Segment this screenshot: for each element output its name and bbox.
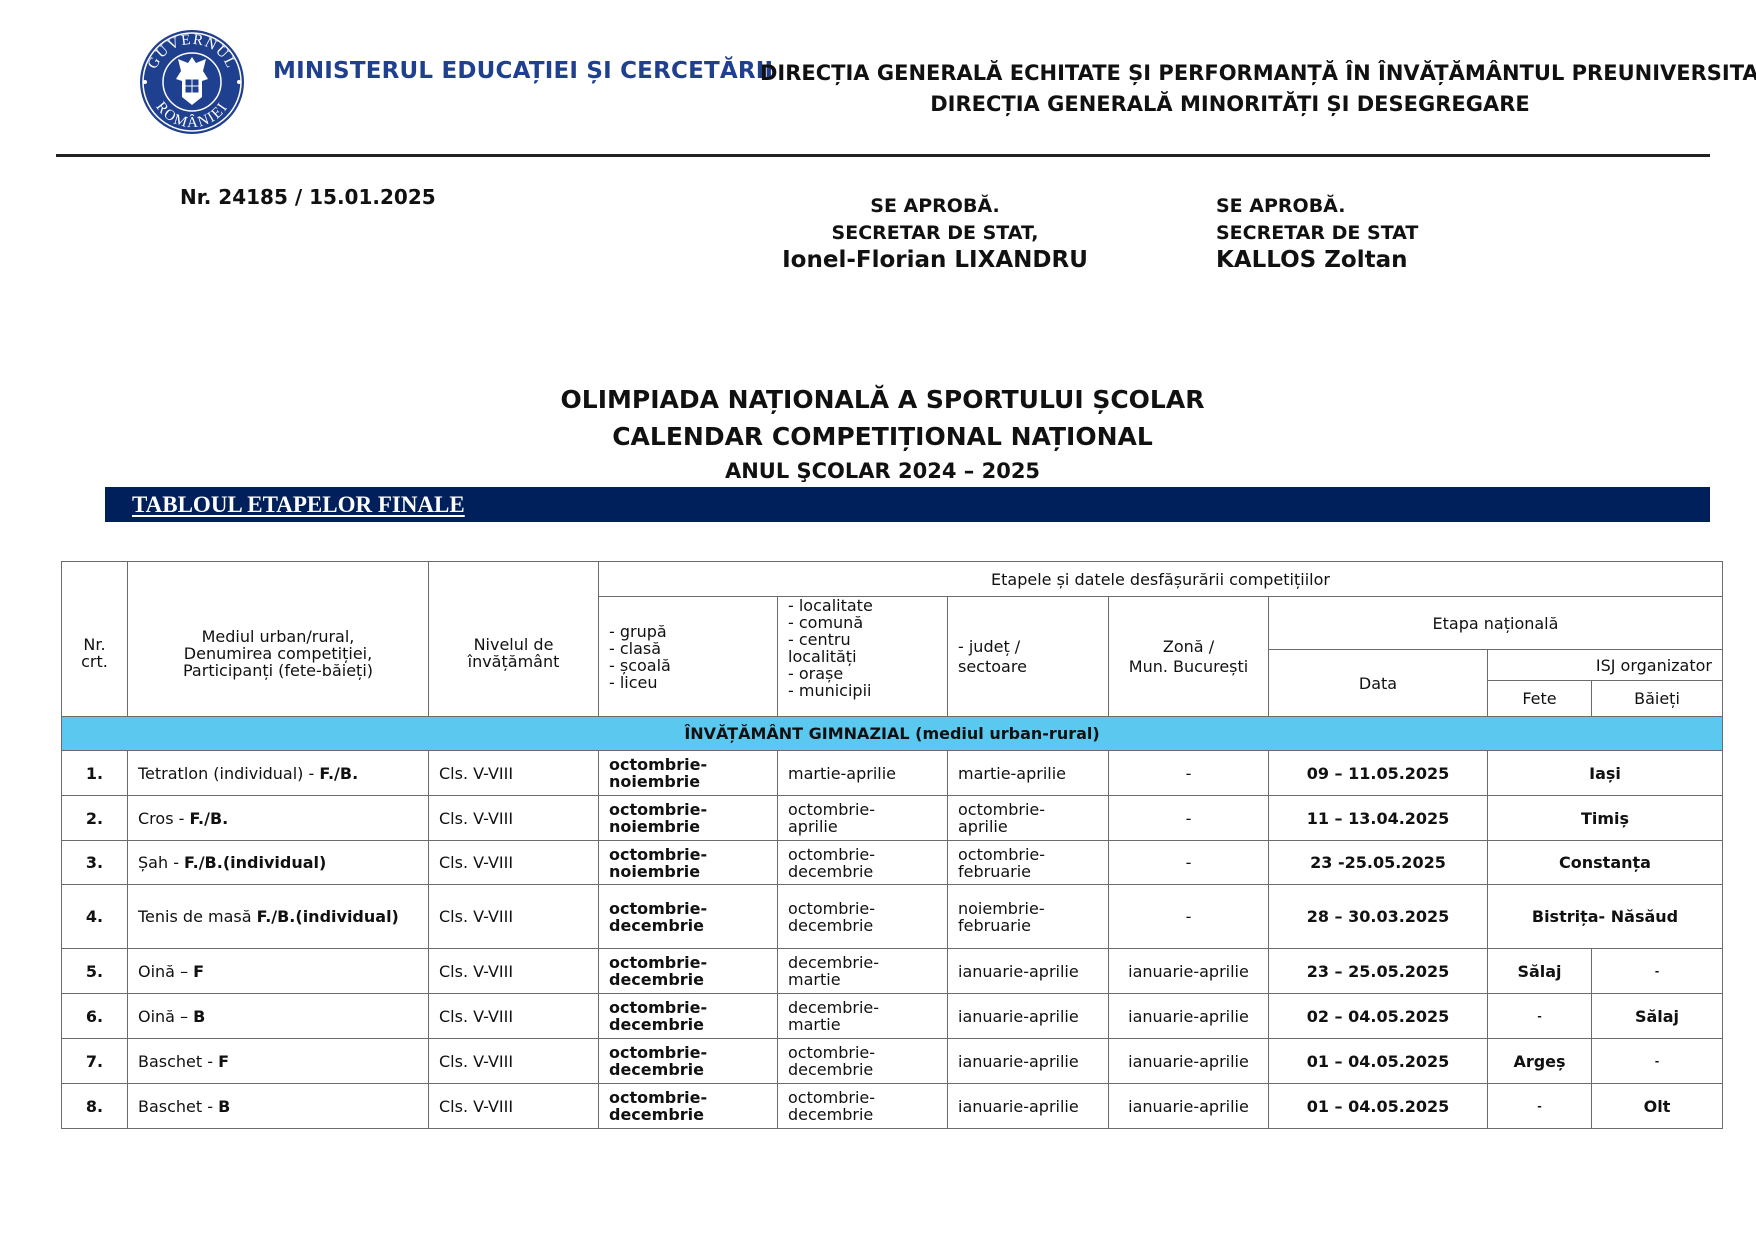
stage-locality: octombrie-aprilie (778, 796, 948, 841)
header-nr: Nr.crt. (62, 562, 128, 717)
row-number: 7. (62, 1039, 128, 1084)
national-date: 28 – 30.03.2025 (1269, 885, 1488, 949)
approval-1-name: Ionel-Florian LIXANDRU (760, 247, 1110, 274)
stage-zone: ianuarie-aprilie (1109, 949, 1269, 994)
stage-zone: - (1109, 885, 1269, 949)
ministry-name: MINISTERUL EDUCAȚIEI ȘI CERCETĂRII (273, 58, 773, 84)
header-competition: Mediul urban/rural,Denumirea competiției… (128, 562, 429, 717)
stage-zone: ianuarie-aprilie (1109, 1084, 1269, 1129)
row-number: 8. (62, 1084, 128, 1129)
approval-block-2: SE APROBĂ. SECRETAR DE STAT KALLOS Zolta… (1216, 193, 1418, 274)
stage-locality: octombrie-decembrie (778, 1039, 948, 1084)
competition-name: Baschet - F (128, 1039, 429, 1084)
stage-school: octombrie-decembrie (599, 1039, 778, 1084)
competition-name: Oină – B (128, 994, 429, 1039)
row-number: 4. (62, 885, 128, 949)
competition-name: Oină – F (128, 949, 429, 994)
approval-2-line1: SE APROBĂ. (1216, 193, 1418, 220)
table-row: 1.Tetratlon (individual) - F./B.Cls. V-V… (62, 751, 1723, 796)
national-date: 02 – 04.05.2025 (1269, 994, 1488, 1039)
stage-county: ianuarie-aprilie (948, 994, 1109, 1039)
national-date: 01 – 04.05.2025 (1269, 1039, 1488, 1084)
stage-locality: decembrie-martie (778, 994, 948, 1039)
section-row: ÎNVĂȚĂMÂNT GIMNAZIAL (mediul urban-rural… (62, 717, 1723, 751)
isj-girls: - (1488, 1084, 1592, 1129)
education-level: Cls. V-VIII (429, 949, 599, 994)
header-divider (56, 154, 1710, 157)
table-row: 4.Tenis de masă F./B.(individual)Cls. V-… (62, 885, 1723, 949)
stage-county: octombrie-aprilie (948, 796, 1109, 841)
header-stage-zone: Zonă / Mun. București (1109, 597, 1269, 717)
stage-zone: ianuarie-aprilie (1109, 1039, 1269, 1084)
stage-school: octombrie-noiembrie (599, 796, 778, 841)
government-logo: GUVERNUL ROMÂNIEI (134, 29, 250, 135)
isj-organizer: Iași (1488, 751, 1723, 796)
isj-boys: - (1592, 1039, 1723, 1084)
stage-school: octombrie-decembrie (599, 885, 778, 949)
header-boys: Băieți (1592, 681, 1723, 717)
header-level: Nivelul deînvățământ (429, 562, 599, 717)
table-row: 3.Șah - F./B.(individual)Cls. V-VIIIocto… (62, 841, 1723, 885)
header-stage-locality: - localitate - comună - centru localităț… (778, 597, 948, 717)
table-row: 7.Baschet - FCls. V-VIIIoctombrie-decemb… (62, 1039, 1723, 1084)
competition-name: Tetratlon (individual) - F./B. (128, 751, 429, 796)
national-date: 01 – 04.05.2025 (1269, 1084, 1488, 1129)
isj-organizer: Timiș (1488, 796, 1723, 841)
isj-girls: - (1488, 994, 1592, 1039)
education-level: Cls. V-VIII (429, 994, 599, 1039)
stage-county: ianuarie-aprilie (948, 949, 1109, 994)
stage-school: octombrie-decembrie (599, 949, 778, 994)
directorate-1: DIRECȚIA GENERALĂ ECHITATE ȘI PERFORMANȚ… (760, 61, 1700, 85)
header-national-stage: Etapa națională (1269, 597, 1723, 650)
directorate-2: DIRECȚIA GENERALĂ MINORITĂȚI ȘI DESEGREG… (760, 92, 1700, 116)
header-stages: Etapele și datele desfășurării competiți… (599, 562, 1723, 597)
school-year: ANUL ŞCOLAR 2024 – 2025 (0, 459, 1756, 483)
approval-1-line1: SE APROBĂ. (760, 193, 1110, 220)
table-row: 5.Oină – FCls. V-VIIIoctombrie-decembrie… (62, 949, 1723, 994)
stage-county: ianuarie-aprilie (948, 1039, 1109, 1084)
stage-zone: - (1109, 751, 1269, 796)
competition-name: Baschet - B (128, 1084, 429, 1129)
row-number: 3. (62, 841, 128, 885)
stage-zone: - (1109, 841, 1269, 885)
education-level: Cls. V-VIII (429, 841, 599, 885)
competition-name: Cros - F./B. (128, 796, 429, 841)
stage-locality: decembrie-martie (778, 949, 948, 994)
stage-county: octombrie-februarie (948, 841, 1109, 885)
stage-county: noiembrie-februarie (948, 885, 1109, 949)
national-date: 09 – 11.05.2025 (1269, 751, 1488, 796)
isj-girls: Sălaj (1488, 949, 1592, 994)
competition-calendar-table: Nr.crt. Mediul urban/rural,Denumirea com… (61, 561, 1723, 1129)
stage-locality: octombrie-decembrie (778, 1084, 948, 1129)
row-number: 2. (62, 796, 128, 841)
stage-school: octombrie-noiembrie (599, 841, 778, 885)
table-row: 2.Cros - F./B.Cls. V-VIIIoctombrie-noiem… (62, 796, 1723, 841)
national-date: 11 – 13.04.2025 (1269, 796, 1488, 841)
approval-2-line2: SECRETAR DE STAT (1216, 220, 1418, 247)
stage-zone: ianuarie-aprilie (1109, 994, 1269, 1039)
isj-boys: - (1592, 949, 1723, 994)
isj-boys: Sălaj (1592, 994, 1723, 1039)
stage-zone: - (1109, 796, 1269, 841)
competition-name: Tenis de masă F./B.(individual) (128, 885, 429, 949)
document-title: OLIMPIADA NAȚIONALĂ A SPORTULUI ȘCOLAR (0, 385, 1756, 414)
approval-1-line2: SECRETAR DE STAT, (760, 220, 1110, 247)
header-girls: Fete (1488, 681, 1592, 717)
education-level: Cls. V-VIII (429, 751, 599, 796)
stage-school: octombrie-noiembrie (599, 751, 778, 796)
section-banner: TABLOUL ETAPELOR FINALE (105, 487, 1710, 522)
education-level: Cls. V-VIII (429, 885, 599, 949)
isj-organizer: Bistrița- Năsăud (1488, 885, 1723, 949)
row-number: 1. (62, 751, 128, 796)
education-level: Cls. V-VIII (429, 1084, 599, 1129)
stage-county: martie-aprilie (948, 751, 1109, 796)
education-level: Cls. V-VIII (429, 796, 599, 841)
table-row: 6.Oină – BCls. V-VIIIoctombrie-decembrie… (62, 994, 1723, 1039)
header-isj-organizer: ISJ organizator (1488, 650, 1723, 681)
approval-2-name: KALLOS Zoltan (1216, 247, 1418, 274)
table-row: 8.Baschet - BCls. V-VIIIoctombrie-decemb… (62, 1084, 1723, 1129)
government-of-romania-seal-icon: GUVERNUL ROMÂNIEI (134, 29, 250, 135)
row-number: 6. (62, 994, 128, 1039)
header-date: Data (1269, 650, 1488, 717)
national-date: 23 – 25.05.2025 (1269, 949, 1488, 994)
education-level: Cls. V-VIII (429, 1039, 599, 1084)
isj-boys: Olt (1592, 1084, 1723, 1129)
isj-organizer: Constanța (1488, 841, 1723, 885)
stage-school: octombrie-decembrie (599, 1084, 778, 1129)
document-number: Nr. 24185 / 15.01.2025 (180, 185, 436, 209)
approval-block-1: SE APROBĂ. SECRETAR DE STAT, Ionel-Flori… (760, 193, 1110, 274)
stage-locality: martie-aprilie (778, 751, 948, 796)
header-stage-county: - județ / sectoare (948, 597, 1109, 717)
isj-girls: Argeș (1488, 1039, 1592, 1084)
stage-school: octombrie-decembrie (599, 994, 778, 1039)
banner-title: TABLOUL ETAPELOR FINALE (132, 492, 465, 518)
stage-county: ianuarie-aprilie (948, 1084, 1109, 1129)
stage-locality: octombrie-decembrie (778, 885, 948, 949)
row-number: 5. (62, 949, 128, 994)
document-subtitle: CALENDAR COMPETIȚIONAL NAȚIONAL (0, 422, 1756, 451)
national-date: 23 -25.05.2025 (1269, 841, 1488, 885)
header-stage-school: - grupă - clasă - școală - liceu (599, 597, 778, 717)
competition-name: Șah - F./B.(individual) (128, 841, 429, 885)
stage-locality: octombrie-decembrie (778, 841, 948, 885)
